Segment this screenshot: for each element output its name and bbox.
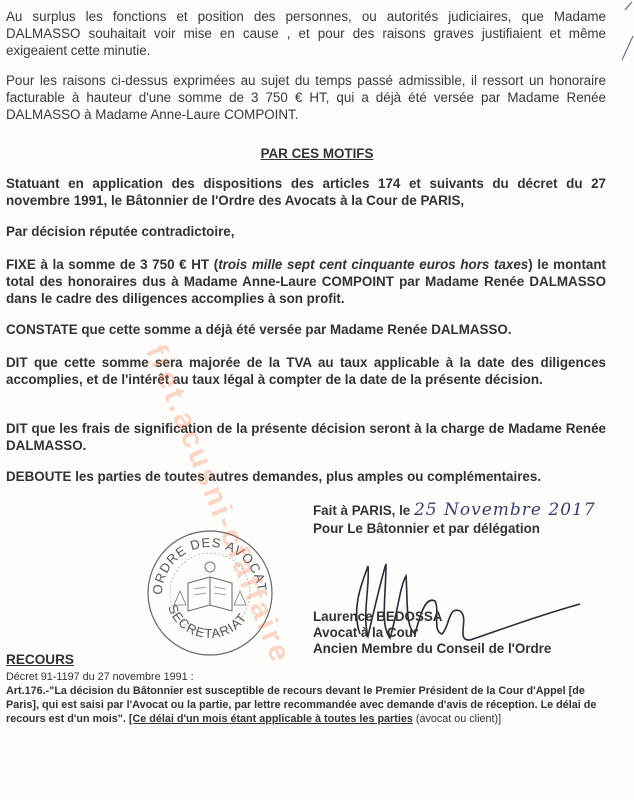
margin-pen-mark <box>620 0 634 70</box>
bar-association-stamp-icon: ORDRE DES AVOCATS DE PARIS SECRETARIAT <box>140 525 280 657</box>
recours-decret: Décret 91-1197 du 27 novembre 1991 : <box>6 670 616 684</box>
section-title: PAR CES MOTIFS <box>0 146 634 161</box>
signatory-name: Laurence BEDOSSA <box>313 608 442 625</box>
signature-place-date: Fait à PARIS, le 25 Novembre 2017 <box>313 502 596 519</box>
svg-text:ORDRE DES AVOCATS DE PARIS: ORDRE DES AVOCATS DE PARIS <box>140 525 270 595</box>
handwritten-date: 25 Novembre 2017 <box>414 500 596 520</box>
recours-article: Art.176.-"La décision du Bâtonnier est s… <box>6 684 616 726</box>
recours-title: RECOURS <box>6 652 74 667</box>
fait-a-label: Fait à PARIS, le <box>313 503 410 518</box>
paragraph-honoraire: Pour les raisons ci-dessus exprimées au … <box>6 72 606 123</box>
document-page: Au surplus les fonctions et position des… <box>0 0 634 800</box>
recours-text: Décret 91-1197 du 27 novembre 1991 : Art… <box>6 670 616 726</box>
signatory-former-role: Ancien Membre du Conseil de l'Ordre <box>313 640 551 657</box>
svg-text:SECRETARIAT: SECRETARIAT <box>165 602 250 641</box>
fixe-lead: FIXE à la somme de 3 750 € HT ( <box>6 257 218 272</box>
signature-delegation: Pour Le Bâtonnier et par délégation <box>313 520 540 537</box>
stamp-bottom-text: SECRETARIAT <box>165 602 250 641</box>
paragraph-fonctions: Au surplus les fonctions et position des… <box>6 8 606 59</box>
recours-note-end: (avocat ou client)] <box>413 713 501 725</box>
signatory-title: Avocat à la Cour <box>313 624 418 641</box>
paragraph-par-decision: Par décision réputée contradictoire, <box>6 223 606 240</box>
stamp-top-text: ORDRE DES AVOCATS DE PARIS <box>140 525 270 595</box>
paragraph-constate: CONSTATE que cette somme a déjà été vers… <box>6 321 606 338</box>
recours-note-underlined: [Ce délai d'un mois étant applicable à t… <box>129 713 413 725</box>
fixe-amount-words: trois mille sept cent cinquante euros ho… <box>218 257 528 272</box>
paragraph-dit-frais: DIT que les frais de signification de la… <box>6 420 606 454</box>
paragraph-statuant: Statuant en application des dispositions… <box>6 175 606 209</box>
paragraph-fixe: FIXE à la somme de 3 750 € HT (trois mil… <box>6 256 606 307</box>
paragraph-dit-tva: DIT que cette somme sera majorée de la T… <box>6 354 606 388</box>
paragraph-deboute: DEBOUTE les parties de toutes autres dem… <box>6 468 606 485</box>
